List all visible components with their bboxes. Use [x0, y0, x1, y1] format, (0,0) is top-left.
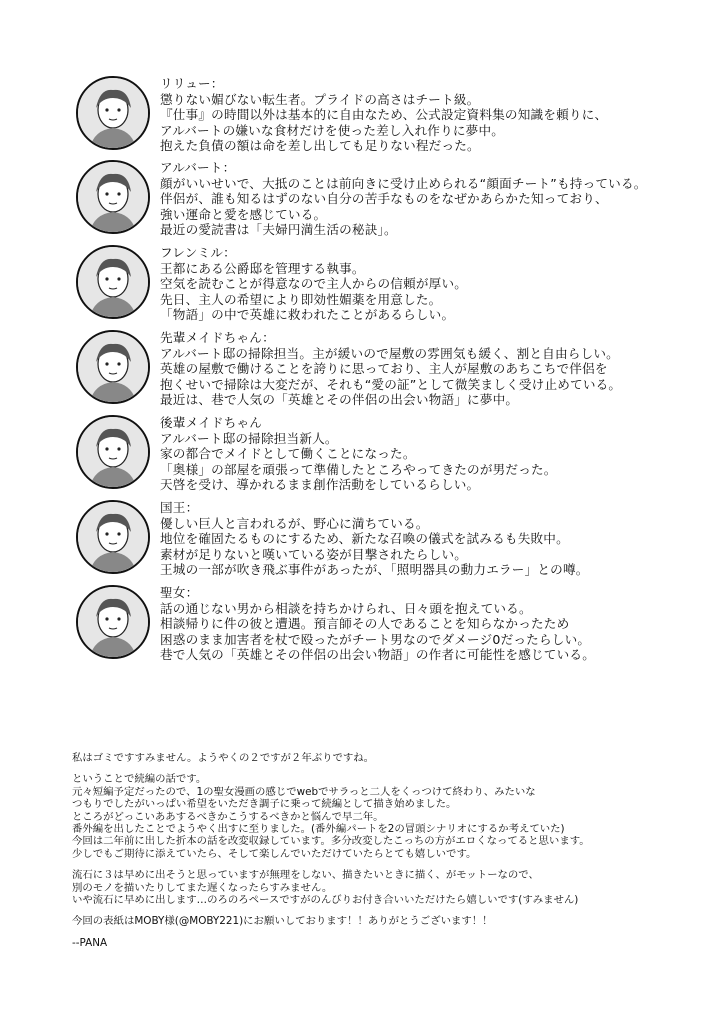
- portrait-junior-maid: [76, 415, 150, 489]
- character-description-line: 顔がいいせいで、大抵のことは前向きに受け止められる“顔面チート”も持っている。: [160, 176, 716, 192]
- portrait-illustration-icon: [78, 502, 148, 572]
- character-description-line: アルバートの嫌いな食材だけを使った差し入れ作りに夢中。: [160, 123, 716, 139]
- afterword-line: ということで続編の話です。: [72, 773, 712, 785]
- signature: --PANA: [72, 937, 712, 949]
- portrait-illustration-icon: [78, 162, 148, 232]
- portrait-albert: [76, 160, 150, 234]
- afterword-paragraph: 今回の表紙はMOBY様(@MOBY221)にお願いしております！！ありがとうござ…: [72, 915, 712, 927]
- character-description-line: 抱くせいで掃除は大変だが、それも“愛の証”として微笑ましく受け止めている。: [160, 377, 716, 393]
- afterword-line: いや流石に早めに出します…のろのろペースですがのんびりお付き合いいただけたら嬉し…: [72, 894, 712, 906]
- character-entry-king: 国王： 優しい巨人と言われるが、野心に満ちている。地位を確固たるものにするため、…: [76, 500, 716, 580]
- character-name: アルバート：: [160, 160, 716, 176]
- afterword-line: 別のモノを描いたりしてまた遅くなったらすみません。: [72, 882, 712, 894]
- character-description-line: 最近は、巷で人気の「英雄とその伴侶の出会い物語」に夢中。: [160, 392, 716, 408]
- afterword-line: 番外編を出したことでようやく出すに至りました。(番外編パートを2の冒頭シナリオに…: [72, 823, 712, 835]
- character-name: リリュー：: [160, 76, 716, 92]
- character-description-line: 先日、主人の希望により即効性媚薬を用意した。: [160, 292, 716, 308]
- character-description-line: アルバート邸の掃除担当。主が緩いので屋敷の雰囲気も緩く、割と自由らしい。: [160, 346, 716, 362]
- character-description-line: 伴侶が、誰も知るはずのない自分の苦手なものをなぜかあらかた知っており、: [160, 191, 716, 207]
- character-description-line: 困惑のまま加害者を杖で殴ったがチート男なのでダメージ0だったらしい。: [160, 632, 716, 648]
- character-description: 国王： 優しい巨人と言われるが、野心に満ちている。地位を確固たるものにするため、…: [160, 500, 716, 578]
- character-description-line: 英雄の屋敷で働けることを誇りに思っており、主人が屋敷のあちこちで伴侶を: [160, 361, 716, 377]
- character-entry-frenmil: フレンミル： 王都にある公爵邸を管理する執事。空気を読むことが得意なので主人から…: [76, 245, 716, 325]
- character-description: 聖女： 話の通じない男から相談を持ちかけられ、日々頭を抱えている。相談帰りに件の…: [160, 585, 716, 663]
- character-description-line: 家の都合でメイドとして働くことになった。: [160, 446, 716, 462]
- afterword-line: 流石に３は早めに出そうと思っていますが無理をしない、描きたいときに描く、がモット…: [72, 869, 712, 881]
- character-description-line: 素材が足りないと嘆いている姿が目撃されたらしい。: [160, 547, 716, 563]
- character-description-line: 王城の一部が吹き飛ぶ事件があったが、「照明器具の動力エラー」との噂。: [160, 562, 716, 578]
- character-description-line: 巷で人気の「英雄とその伴侶の出会い物語」の作者に可能性を感じている。: [160, 647, 716, 663]
- portrait-illustration-icon: [78, 247, 148, 317]
- character-description-line: 「奥様」の部屋を頑張って準備したところやってきたのが男だった。: [160, 462, 716, 478]
- afterword-line: 少しでもご期待に添えていたら、そして楽しんでいただけていたらとても嬉しいです。: [72, 848, 712, 860]
- character-name: 聖女：: [160, 585, 716, 601]
- afterword-line: 今回の表紙はMOBY様(@MOBY221)にお願いしております！！ありがとうござ…: [72, 915, 712, 927]
- character-entry-junior-maid: 後輩メイドちゃん アルバート邸の掃除担当新人。家の都合でメイドとして働くことにな…: [76, 415, 716, 495]
- portrait-king: [76, 500, 150, 574]
- character-description: 後輩メイドちゃん アルバート邸の掃除担当新人。家の都合でメイドとして働くことにな…: [160, 415, 716, 493]
- character-name: 国王：: [160, 500, 716, 516]
- character-description-line: 空気を読むことが得意なので主人からの信頼が厚い。: [160, 276, 716, 292]
- character-description-line: 『仕事』の時間以外は基本的に自由なため、公式設定資料集の知識を頼りに、: [160, 107, 716, 123]
- afterword-line: 今回は二年前に出した折本の話を改変収録しています。多分改変したこっちの方がエロく…: [72, 835, 712, 847]
- afterword-line: 元々短編予定だったので、1の聖女漫画の感じでwebでサラっと二人をくっつけて終わ…: [72, 786, 712, 798]
- portrait-illustration-icon: [78, 332, 148, 402]
- character-entry-liryu: リリュー： 懲りない媚びない転生者。プライドの高さはチート級。『仕事』の時間以外…: [76, 76, 716, 156]
- portrait-illustration-icon: [78, 587, 148, 657]
- character-description-line: アルバート邸の掃除担当新人。: [160, 431, 716, 447]
- afterword-line: --PANA: [72, 937, 712, 949]
- character-name: フレンミル：: [160, 245, 716, 261]
- character-description-line: 最近の愛読書は「夫婦円満生活の秘訣」。: [160, 222, 716, 238]
- character-description-line: 強い運命と愛を感じている。: [160, 207, 716, 223]
- afterword-paragraph: 私はゴミですすみません。ようやくの２ですが２年ぶりですね。: [72, 752, 712, 764]
- character-name: 後輩メイドちゃん: [160, 415, 716, 431]
- character-description: リリュー： 懲りない媚びない転生者。プライドの高さはチート級。『仕事』の時間以外…: [160, 76, 716, 154]
- character-description-line: 抱えた負債の額は命を差し出しても足りない程だった。: [160, 138, 716, 154]
- portrait-liryu: [76, 76, 150, 150]
- afterword-paragraph: ということで続編の話です。元々短編予定だったので、1の聖女漫画の感じでwebでサ…: [72, 773, 712, 860]
- character-description-line: 王都にある公爵邸を管理する執事。: [160, 261, 716, 277]
- portrait-saint: [76, 585, 150, 659]
- character-name: 先輩メイドちゃん：: [160, 330, 716, 346]
- character-description: アルバート： 顔がいいせいで、大抵のことは前向きに受け止められる“顔面チート”も…: [160, 160, 716, 238]
- character-description-line: 優しい巨人と言われるが、野心に満ちている。: [160, 516, 716, 532]
- character-description-line: 天啓を受け、導かれるまま創作活動をしているらしい。: [160, 477, 716, 493]
- character-description: フレンミル： 王都にある公爵邸を管理する執事。空気を読むことが得意なので主人から…: [160, 245, 716, 323]
- portrait-illustration-icon: [78, 78, 148, 148]
- afterword-line: 私はゴミですすみません。ようやくの２ですが２年ぶりですね。: [72, 752, 712, 764]
- character-entry-albert: アルバート： 顔がいいせいで、大抵のことは前向きに受け止められる“顔面チート”も…: [76, 160, 716, 240]
- character-description-line: 相談帰りに件の彼と遭遇。預言師その人であることを知らなかったため: [160, 616, 716, 632]
- afterword-line: ところがどっこいああするべきかこうするべきかと悩んで早二年。: [72, 811, 712, 823]
- character-description: 先輩メイドちゃん： アルバート邸の掃除担当。主が緩いので屋敷の雰囲気も緩く、割と…: [160, 330, 716, 408]
- portrait-frenmil: [76, 245, 150, 319]
- afterword: 私はゴミですすみません。ようやくの２ですが２年ぶりですね。ということで続編の話で…: [72, 752, 712, 958]
- character-description-line: 地位を確固たるものにするため、新たな召喚の儀式を試みるも失敗中。: [160, 531, 716, 547]
- character-description-line: 懲りない媚びない転生者。プライドの高さはチート級。: [160, 92, 716, 108]
- character-entry-senior-maid: 先輩メイドちゃん： アルバート邸の掃除担当。主が緩いので屋敷の雰囲気も緩く、割と…: [76, 330, 716, 410]
- afterword-paragraph: 流石に３は早めに出そうと思っていますが無理をしない、描きたいときに描く、がモット…: [72, 869, 712, 906]
- character-description-line: 話の通じない男から相談を持ちかけられ、日々頭を抱えている。: [160, 601, 716, 617]
- character-description-line: 「物語」の中で英雄に救われたことがあるらしい。: [160, 307, 716, 323]
- character-entry-saint: 聖女： 話の通じない男から相談を持ちかけられ、日々頭を抱えている。相談帰りに件の…: [76, 585, 716, 665]
- portrait-senior-maid: [76, 330, 150, 404]
- portrait-illustration-icon: [78, 417, 148, 487]
- afterword-line: つもりでしたがいっぱい希望をいただき調子に乗って続編として描き始めました。: [72, 798, 712, 810]
